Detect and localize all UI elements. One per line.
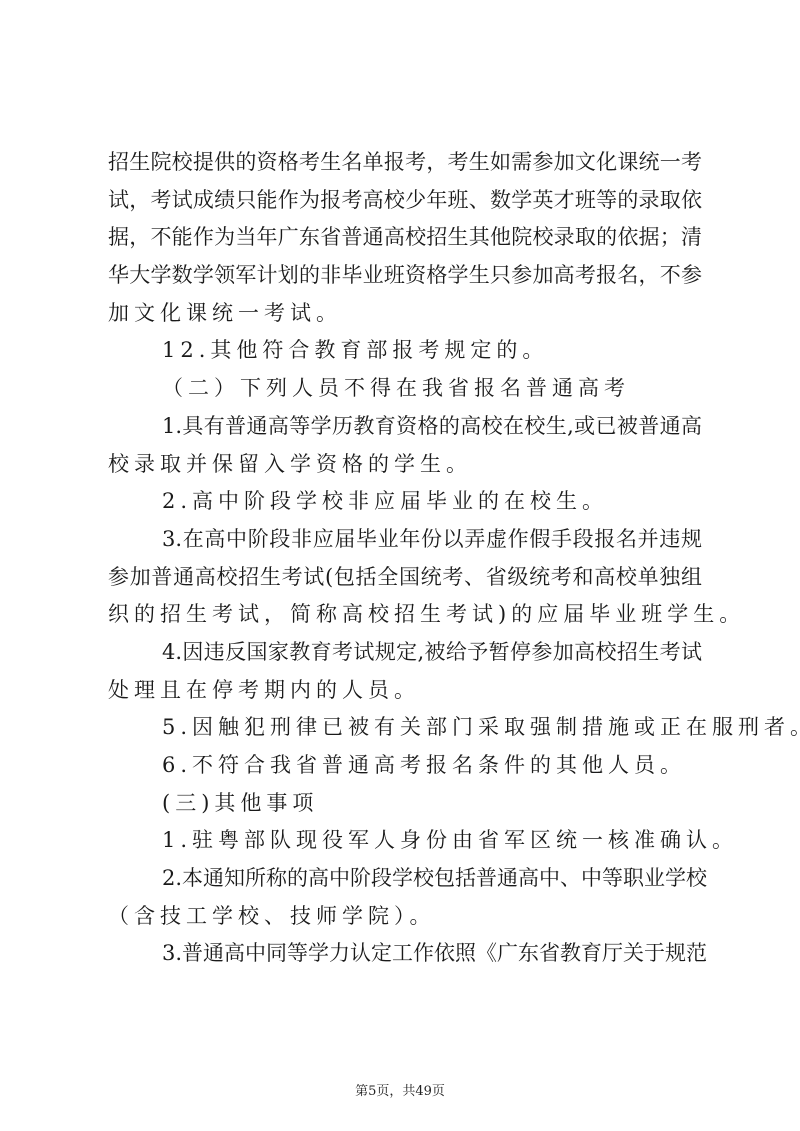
text-line: 华大学数学领军计划的非毕业班资格学生只参加高考报名，不参: [108, 257, 702, 295]
list-item-3: 3.在高中阶段非应届毕业年份以弄虚作假手段报名并违规: [108, 521, 702, 559]
line-text: 3.普通高中同等学力认定工作依照《广东省教育厅关于规范: [162, 935, 702, 973]
list-item-2: 2.高中阶段学校非应届毕业的在校生。: [108, 483, 702, 521]
line-text: （二）下列人员不得在我省报名普通高考: [162, 370, 702, 408]
line-text: 2.本通知所称的高中阶段学校包括普通高中、中等职业学校: [162, 860, 702, 898]
line-text: 6.不符合我省普通高考报名条件的其他人员。: [162, 747, 702, 785]
text-line: 织的招生考试，简称高校招生考试)的应届毕业班学生。: [108, 596, 702, 634]
list-item-1: 1.具有普通高等学历教育资格的高校在校生,或已被普通高: [108, 408, 702, 446]
line-text: 1.具有普通高等学历教育资格的高校在校生,或已被普通高: [162, 408, 702, 446]
section-heading-2: （二）下列人员不得在我省报名普通高考: [108, 370, 702, 408]
line-text: 加文化课统一考试。: [108, 295, 702, 333]
document-body: 招生院校提供的资格考生名单报考，考生如需参加文化课统一考 试，考试成绩只能作为报…: [108, 144, 702, 973]
line-text: 华大学数学领军计划的非毕业班资格学生只参加高考报名，不参: [108, 257, 702, 295]
line-text: （含技工学校、技师学院）。: [108, 898, 702, 936]
line-text: 5.因触犯刑律已被有关部门采取强制措施或正在服刑者。: [162, 709, 702, 747]
list-item-2: 2.本通知所称的高中阶段学校包括普通高中、中等职业学校: [108, 860, 702, 898]
line-text: 3.在高中阶段非应届毕业年份以弄虚作假手段报名并违规: [162, 521, 702, 559]
line-text: 2.高中阶段学校非应届毕业的在校生。: [162, 483, 702, 521]
line-text: 试，考试成绩只能作为报考高校少年班、数学英才班等的录取依: [108, 182, 702, 220]
section-heading-3: (三)其他事项: [108, 785, 702, 823]
line-text: 据，不能作为当年广东省普通高校招生其他院校录取的依据；清: [108, 219, 702, 257]
list-item-12: 12.其他符合教育部报考规定的。: [108, 332, 702, 370]
text-line: 招生院校提供的资格考生名单报考，考生如需参加文化课统一考: [108, 144, 702, 182]
line-text: 招生院校提供的资格考生名单报考，考生如需参加文化课统一考: [108, 144, 702, 182]
text-line: 试，考试成绩只能作为报考高校少年班、数学英才班等的录取依: [108, 182, 702, 220]
line-text: 4.因违反国家教育考试规定,被给予暂停参加高校招生考试: [162, 634, 702, 672]
line-text: 校录取并保留入学资格的学生。: [108, 446, 702, 484]
text-line: （含技工学校、技师学院）。: [108, 898, 702, 936]
text-line: 处理且在停考期内的人员。: [108, 672, 702, 710]
list-item-6: 6.不符合我省普通高考报名条件的其他人员。: [108, 747, 702, 785]
text-line: 据，不能作为当年广东省普通高校招生其他院校录取的依据；清: [108, 219, 702, 257]
list-item-1: 1.驻粤部队现役军人身份由省军区统一核准确认。: [108, 822, 702, 860]
text-line: 加文化课统一考试。: [108, 295, 702, 333]
page-number: 第5页，共49页: [0, 1080, 800, 1099]
text-line: 校录取并保留入学资格的学生。: [108, 446, 702, 484]
line-text: 织的招生考试，简称高校招生考试)的应届毕业班学生。: [108, 596, 702, 634]
list-item-5: 5.因触犯刑律已被有关部门采取强制措施或正在服刑者。: [108, 709, 702, 747]
line-text: (三)其他事项: [162, 785, 702, 823]
list-item-4: 4.因违反国家教育考试规定,被给予暂停参加高校招生考试: [108, 634, 702, 672]
line-text: 参加普通高校招生考试(包括全国统考、省级统考和高校单独组: [108, 559, 702, 597]
line-text: 处理且在停考期内的人员。: [108, 672, 702, 710]
line-text: 12.其他符合教育部报考规定的。: [162, 332, 702, 370]
line-text: 1.驻粤部队现役军人身份由省军区统一核准确认。: [162, 822, 702, 860]
text-line: 参加普通高校招生考试(包括全国统考、省级统考和高校单独组: [108, 559, 702, 597]
list-item-3: 3.普通高中同等学力认定工作依照《广东省教育厅关于规范: [108, 935, 702, 973]
document-page: 招生院校提供的资格考生名单报考，考生如需参加文化课统一考 试，考试成绩只能作为报…: [0, 0, 800, 1131]
